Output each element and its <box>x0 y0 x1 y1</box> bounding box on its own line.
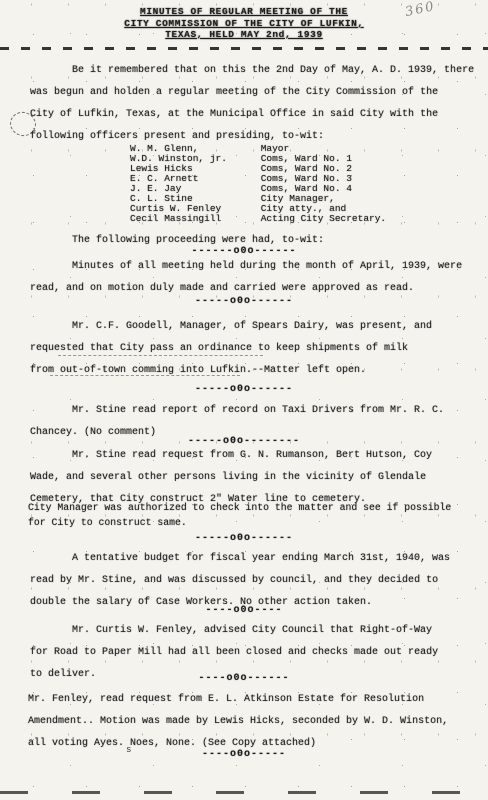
doc-line: read by Mr. Stine, and was discussed by … <box>30 570 465 592</box>
pencil-underline-mark <box>58 355 263 356</box>
officer-title: Acting City Secretary. <box>261 213 386 224</box>
paragraph-spears-dairy: Mr. C.F. Goodell, Manager, of Spears Dai… <box>30 316 465 382</box>
opening-paragraph: Be it remembered that on this the 2nd Da… <box>30 60 465 148</box>
section-separator: ----o0o----- <box>30 749 458 761</box>
section-separator: -----o0o------ <box>30 533 458 545</box>
title-line: MINUTES OF REGULAR MEETING OF THE <box>0 6 488 18</box>
dashed-divider <box>0 47 488 50</box>
officer-row: Cecil Massingill Acting City Secretary. <box>130 214 386 224</box>
document-title: MINUTES OF REGULAR MEETING OF THE CITY C… <box>0 6 488 41</box>
bottom-broken-line <box>0 791 488 794</box>
paragraph-minutes-approved: Minutes of all meeting held during the m… <box>30 256 465 300</box>
doc-line: A tentative budget for fiscal year endin… <box>30 548 465 570</box>
doc-line: requested that City pass an ordinance to… <box>30 338 465 360</box>
doc-line: from out-of-town comming into Lufkin.--M… <box>30 360 465 382</box>
doc-line: for City to construct same. <box>28 515 463 530</box>
doc-line: Amendment.. Motion was made by Lewis Hic… <box>28 711 463 733</box>
officer-name: Cecil Massingill <box>130 214 255 224</box>
doc-line: was begun and holden a regular meeting o… <box>30 82 465 104</box>
doc-line: for Road to Paper Mill had all been clos… <box>30 642 465 664</box>
title-line: CITY COMMISSION OF THE CITY OF LUFKIN, <box>0 18 488 30</box>
doc-line: Mr. Curtis W. Fenley, advised City Counc… <box>30 620 465 642</box>
section-separator: ----o0o---- <box>30 605 458 617</box>
paragraph-atkinson-estate: Mr. Fenley, read request from E. L. Atki… <box>28 689 463 755</box>
title-line: TEXAS, HELD MAY 2nd, 1939 <box>0 29 488 41</box>
section-separator: -----o0o------ <box>30 384 458 396</box>
section-separator: ----o0o------ <box>30 673 458 685</box>
pencil-underline-mark <box>50 375 240 376</box>
paragraph-cemetery-water-line-cont: City Manager was authorized to check int… <box>28 500 463 530</box>
doc-line: Minutes of all meeting held during the m… <box>30 256 465 278</box>
doc-line: Mr. Stine read report of record on Taxi … <box>30 400 465 422</box>
officers-roster: W. M. Glenn, Mayor W.D. Winston, jr. Com… <box>130 144 386 224</box>
document-page: 360 MINUTES OF REGULAR MEETING OF THE CI… <box>0 0 488 800</box>
doc-line: City of Lufkin, Texas, at the Municipal … <box>30 104 465 126</box>
section-separator: -----o0o------ <box>30 296 458 308</box>
doc-line: Mr. Stine read request from G. N. Rumans… <box>30 445 465 467</box>
doc-line: Wade, and several other persons living i… <box>30 467 465 489</box>
doc-line: Mr. Fenley, read request from E. L. Atki… <box>28 689 463 711</box>
doc-line: Mr. C.F. Goodell, Manager, of Spears Dai… <box>30 316 465 338</box>
doc-line: City Manager was authorized to check int… <box>28 500 463 515</box>
doc-line: Be it remembered that on this the 2nd Da… <box>30 60 465 82</box>
